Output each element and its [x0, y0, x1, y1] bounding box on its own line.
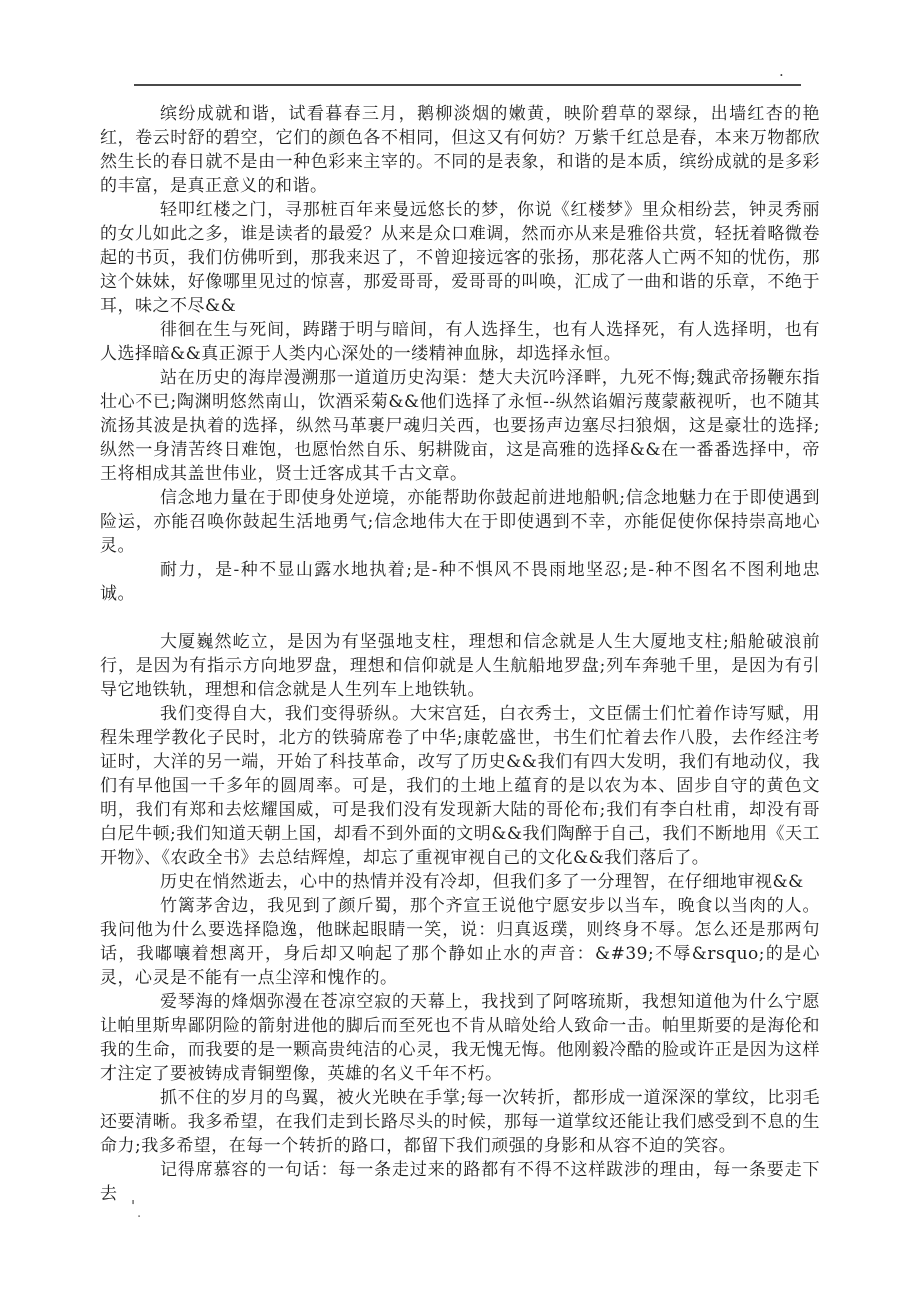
- paragraph-harmony: 缤纷成就和谐，试看暮春三月，鹅柳淡烟的嫩黄，映阶碧草的翠绿，出墙红杏的艳红，卷云…: [100, 102, 820, 198]
- paragraph-life-death: 徘徊在生与死间，踌躇于明与暗间，有人选择生，也有人选择死，有人选择明，也有人选择…: [100, 318, 820, 366]
- paragraph-endurance: 耐力，是-种不显山露水地执着;是-种不惧风不畏雨地坚忍;是-种不图名不图利地忠诚…: [100, 558, 820, 606]
- paragraph-hermit: 竹篱茅舍边，我见到了颜斤蜀，那个齐宣王说他宁愿安步以当车，晚食以当肉的人。我问他…: [100, 894, 820, 990]
- paragraph-ideals-beliefs: 大厦巍然屹立，是因为有坚强地支柱，理想和信念就是人生大厦地支柱;船舱破浪前行，是…: [100, 630, 820, 702]
- stray-dot-mark: .: [137, 1206, 141, 1221]
- paragraph-faith-power: 信念地力量在于即使身处逆境，亦能帮助你鼓起前进地船帆;信念地魅力在于即使遇到险运…: [100, 486, 820, 558]
- paragraph-blank-line: [100, 606, 820, 630]
- paragraph-achilles: 爱琴海的烽烟弥漫在苍凉空寂的天幕上，我找到了阿喀琉斯，我想知道他为什么宁愿让帕里…: [100, 990, 820, 1086]
- paragraph-arrogance-history: 我们变得自大，我们变得骄纵。大宋宫廷，白衣秀士，文臣儒士们忙着作诗写赋，用程朱理…: [100, 702, 820, 870]
- document-page: . 缤纷成就和谐，试看暮春三月，鹅柳淡烟的嫩黄，映阶碧草的翠绿，出墙红杏的艳红，…: [0, 0, 920, 1302]
- stray-period-mark: .: [779, 62, 784, 80]
- header-divider-line: [134, 84, 801, 86]
- paragraph-history-choices: 站在历史的海岸漫溯那一道道历史沟渠：楚大夫沉吟泽畔，九死不悔;魏武帝扬鞭东指壮心…: [100, 366, 820, 486]
- paragraph-palm-lines: 抓不住的岁月的鸟翼，被火光映在手掌;每一次转折，都形成一道深深的掌纹，比羽毛还要…: [100, 1086, 820, 1158]
- paragraph-red-mansions: 轻叩红楼之门，寻那桩百年来曼远悠长的梦，你说《红楼梦》里众相纷芸，钟灵秀丽的女儿…: [100, 198, 820, 318]
- paragraph-history-passing: 历史在悄然逝去，心中的热情并没有冷却，但我们多了一分理智，在仔细地审视&&: [100, 870, 820, 894]
- paragraph-ximurong-quote: 记得席慕容的一句话：每一条走过来的路都有不得不这样跋涉的理由，每一条要走下去: [100, 1158, 820, 1206]
- stray-quote-mark: ': [131, 1197, 135, 1215]
- document-body: 缤纷成就和谐，试看暮春三月，鹅柳淡烟的嫩黄，映阶碧草的翠绿，出墙红杏的艳红，卷云…: [100, 102, 820, 1206]
